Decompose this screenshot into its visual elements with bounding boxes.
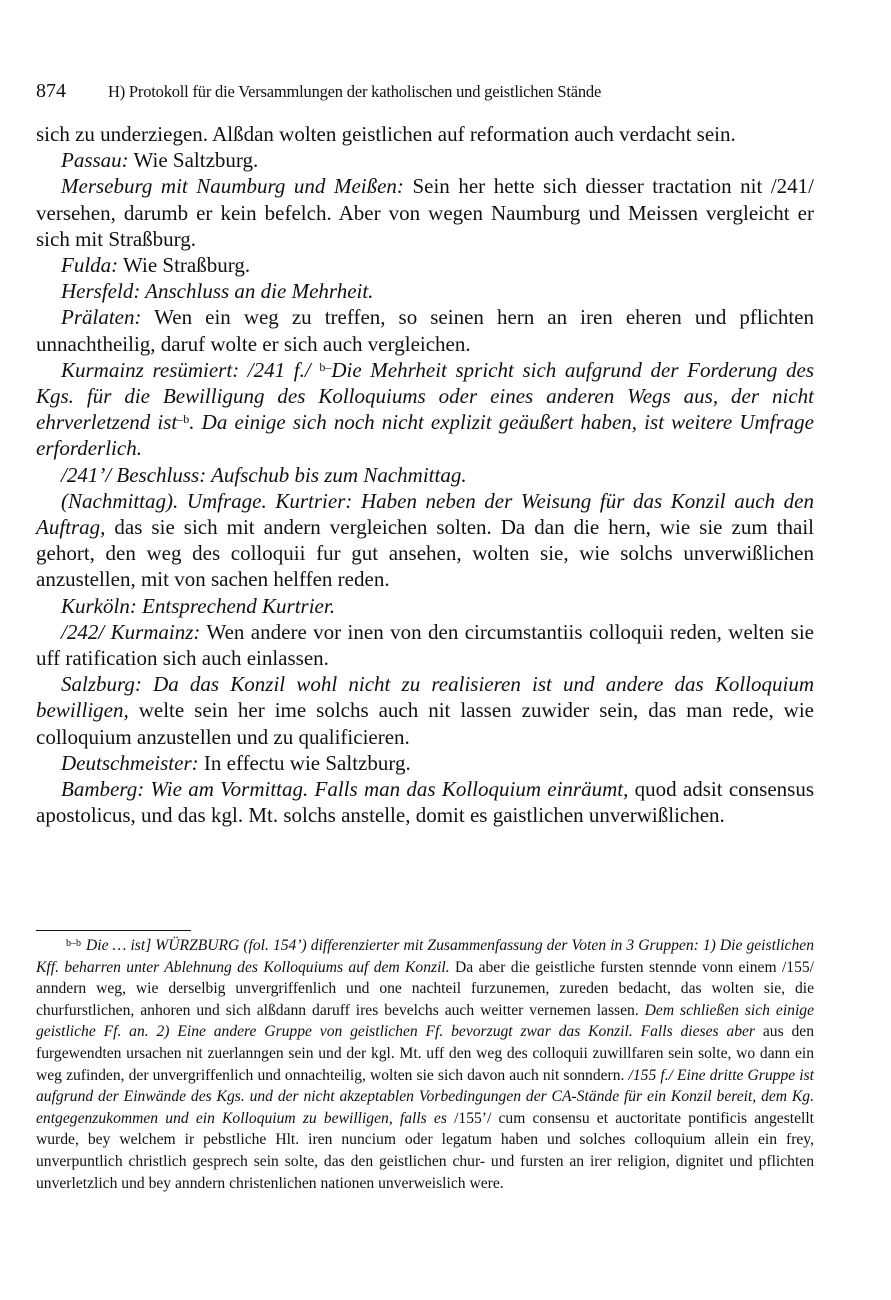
- speaker: Fulda:: [61, 253, 118, 277]
- footnote-mark-open[interactable]: b–: [319, 360, 331, 374]
- paragraph-fulda: Fulda: Wie Straßburg.: [36, 252, 814, 278]
- paragraph-salzburg: Salzburg: Da das Konzil wohl nicht zu re…: [36, 671, 814, 750]
- footnote-mark: b–b: [66, 938, 81, 949]
- paragraph-kurmainz: /242/ Kurmainz: Wen andere vor inen von …: [36, 619, 814, 671]
- speaker: Bamberg: Wie am Vormittag. Falls man das…: [61, 777, 628, 801]
- paragraph-beschluss: /241’/ Beschluss: Aufschub bis zum Nachm…: [36, 462, 814, 488]
- paragraph-kurkoeln: Kurköln: Entsprechend Kurtrier.: [36, 593, 814, 619]
- paragraph-passau: Passau: Wie Saltzburg.: [36, 147, 814, 173]
- speaker: /242/ Kurmainz:: [61, 620, 200, 644]
- speaker: Deutschmeister:: [61, 751, 199, 775]
- footnote-b: b–bDie … ist] WÜRZBURG (fol. 154’) diffe…: [36, 935, 814, 1194]
- paragraph-hersfeld: Hersfeld: Anschluss an die Mehrheit.: [36, 278, 814, 304]
- paragraph-kurmainz-resuemiert: Kurmainz resümiert: /241 f./ b–Die Mehrh…: [36, 357, 814, 462]
- paragraph-kurtrier: (Nachmittag). Umfrage. Kurtrier: Haben n…: [36, 488, 814, 593]
- paragraph-bamberg: Bamberg: Wie am Vormittag. Falls man das…: [36, 776, 814, 828]
- speaker: Merseburg mit Naumburg und Meißen:: [61, 174, 404, 198]
- main-text: sich zu underziegen. Alßdan wolten geist…: [36, 121, 814, 828]
- speaker: Kurköln: Entsprechend Kurtrier.: [61, 594, 335, 618]
- footnote-rule: [36, 930, 191, 931]
- paragraph-merseburg: Merseburg mit Naumburg und Meißen: Sein …: [36, 173, 814, 252]
- paragraph: sich zu underziegen. Alßdan wolten geist…: [36, 121, 814, 147]
- footnote-mark-close[interactable]: –b: [177, 412, 189, 426]
- paragraph-praelaten: Prälaten: Wen ein weg zu treffen, so sei…: [36, 304, 814, 356]
- paragraph-deutschmeister: Deutschmeister: In effectu wie Saltzburg…: [36, 750, 814, 776]
- speaker: Prälaten:: [61, 305, 141, 329]
- running-title: H) Protokoll für die Versammlungen der k…: [108, 82, 601, 101]
- running-head: 874H) Protokoll für die Versammlungen de…: [36, 80, 814, 103]
- speaker: Passau:: [61, 148, 129, 172]
- footnotes: b–bDie … ist] WÜRZBURG (fol. 154’) diffe…: [36, 935, 814, 1194]
- speaker: /241’/ Beschluss: Aufschub bis zum Nachm…: [61, 463, 467, 487]
- page-number: 874: [36, 80, 108, 102]
- speaker: Hersfeld: Anschluss an die Mehrheit.: [61, 279, 373, 303]
